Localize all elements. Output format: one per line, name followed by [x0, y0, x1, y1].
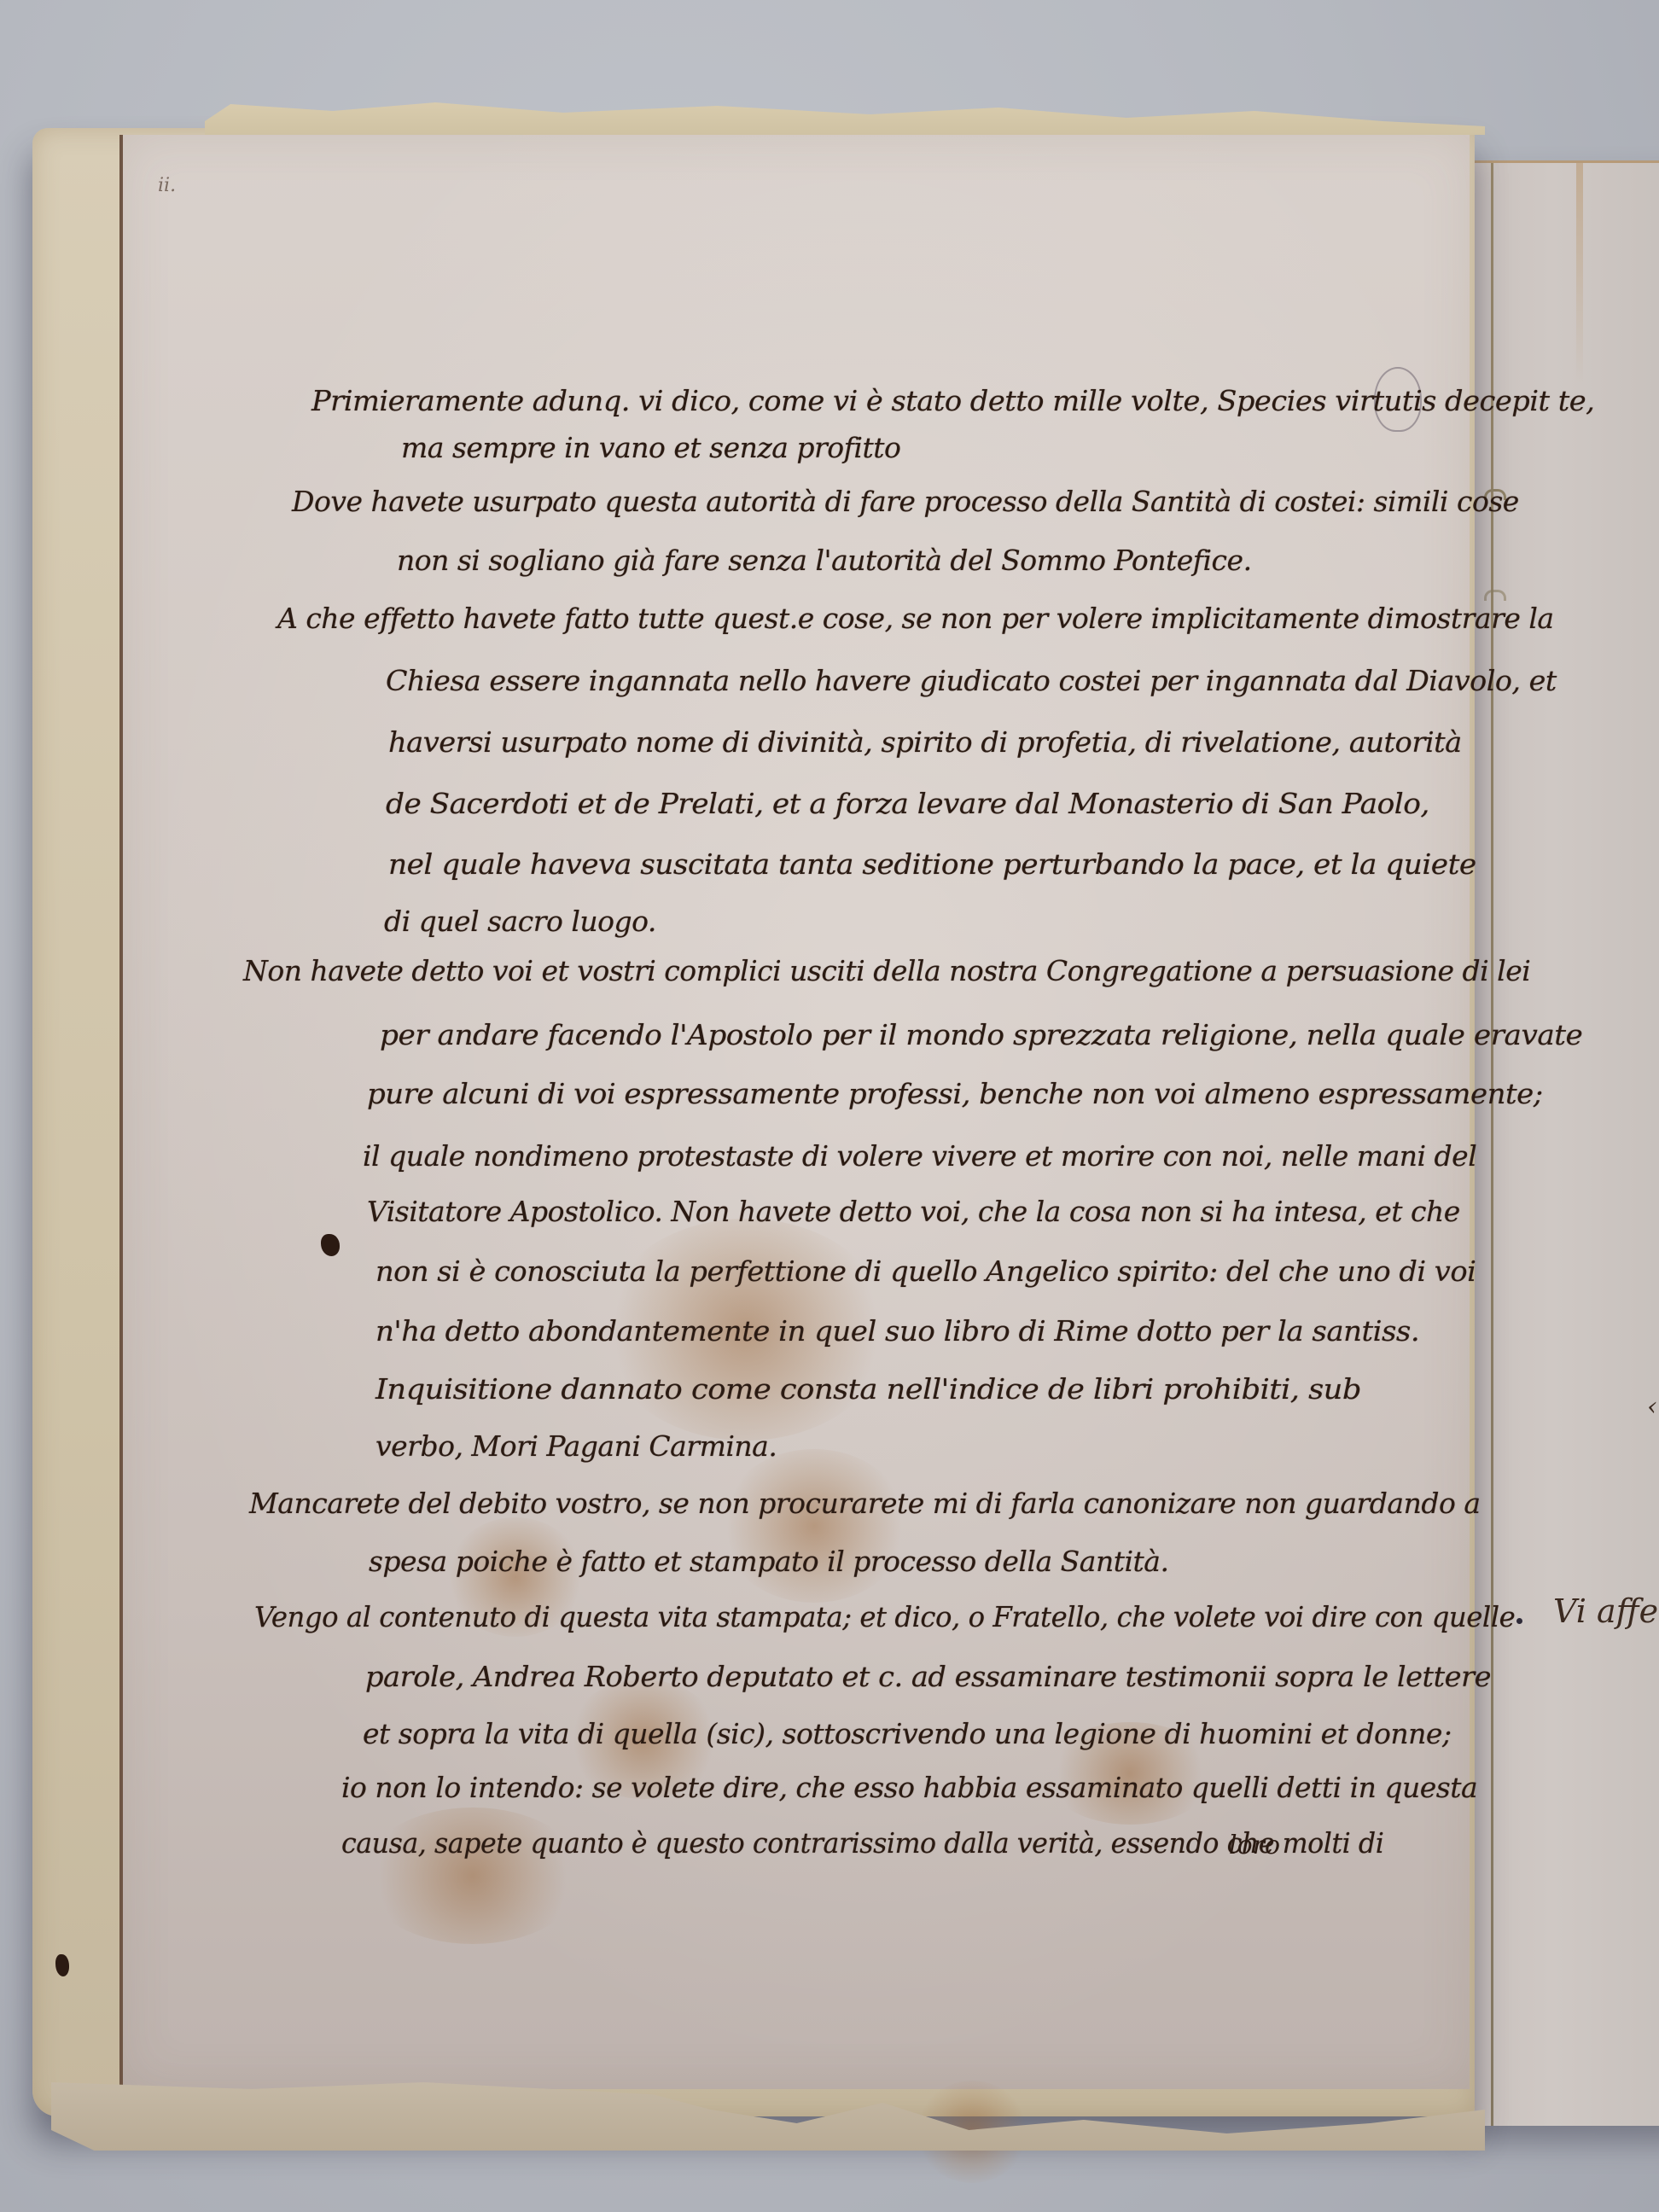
text-line: Inquisitione dannato come consta nell'in…: [375, 1372, 1361, 1406]
text-line: Dove havete usurpato questa autorità di …: [292, 485, 1519, 518]
ink-blot-icon: [55, 1954, 69, 1976]
binding-stitch-icon: [1484, 590, 1506, 601]
torn-top-edge: [205, 101, 1485, 135]
margin-bullet-icon: [1516, 1618, 1522, 1624]
text-line: Visitatore Apostolico. Non havete detto …: [367, 1195, 1460, 1228]
text-line: Non havete detto voi et vostri complici …: [243, 954, 1530, 987]
text-line: per andare facendo l'Apostolo per il mon…: [380, 1018, 1582, 1051]
text-line: Mancarete del debito vostro, se non proc…: [249, 1487, 1481, 1520]
text-line: Primieramente adunq. vi dico, come vi è …: [311, 384, 1594, 417]
photo-stage: Vi afferm ‹ ii. Primieramente adunq. vi …: [0, 0, 1659, 2212]
adjacent-page: Vi afferm ‹: [1464, 160, 1659, 2126]
text-line: verbo, Mori Pagani Carmina.: [375, 1429, 777, 1463]
adjacent-page-fragment: ‹: [1647, 1392, 1657, 1422]
binding-gutter: [1491, 163, 1493, 2126]
text-line: de Sacerdoti et de Prelati, et a forza l…: [386, 787, 1429, 820]
text-line: ma sempre in vano et senza profitto: [401, 431, 900, 464]
text-line: causa, sapete quanto è questo contrariss…: [341, 1826, 1383, 1860]
text-line: n'ha detto abondantemente in quel suo li…: [375, 1314, 1419, 1348]
text-line: haversi usurpato nome di divinità, spiri…: [388, 725, 1462, 759]
text-line: pure alcuni di voi espressamente profess…: [367, 1077, 1543, 1110]
text-line: non si sogliano già fare senza l'autorit…: [397, 544, 1252, 577]
adjacent-page-fragment: Vi afferm: [1553, 1592, 1659, 1630]
text-line: Chiesa essere ingannata nello havere giu…: [386, 664, 1557, 697]
folio-number: ii.: [158, 175, 176, 196]
text-line: di quel sacro luogo.: [384, 905, 656, 938]
foxing-stain: [720, 1449, 908, 1603]
text-line: Vengo al contenuto di questa vita stampa…: [254, 1600, 1515, 1633]
ink-blot-icon: [321, 1234, 340, 1256]
text-line: et sopra la vita di quella (sic), sottos…: [363, 1717, 1452, 1750]
text-line: io non lo intendo: se volete dire, che e…: [341, 1771, 1477, 1804]
text-line: parole, Andrea Roberto deputato et c. ad…: [365, 1660, 1491, 1693]
text-line: non si è conosciuta la perfettione di qu…: [375, 1254, 1476, 1288]
catchword: loro: [1229, 1831, 1280, 1860]
text-line: spesa poiche è fatto et stampato il proc…: [369, 1545, 1168, 1578]
text-line: nel quale haveva suscitata tanta seditio…: [388, 847, 1476, 881]
text-line: il quale nondimeno protestaste di volere…: [363, 1139, 1476, 1173]
foxing-stain: [1576, 163, 1583, 385]
text-line: A che effetto havete fatto tutte quest.e…: [277, 602, 1554, 635]
